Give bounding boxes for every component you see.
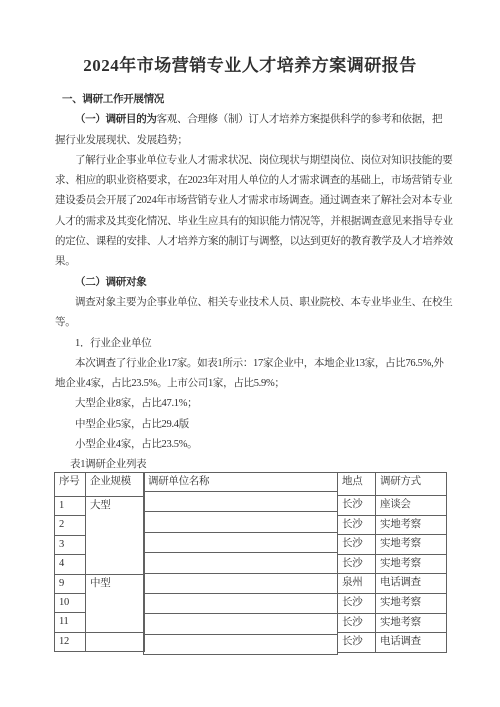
para-purpose-line-1: （一）调研目的为客观、合理修（制）订人才培养方案提供科学的参考和依据，把 [55, 110, 447, 130]
seq-cell: 2 [55, 516, 86, 535]
seq-cell: 11 [55, 613, 86, 632]
table-row: 9 中型 [55, 574, 145, 593]
table-row [144, 532, 338, 552]
header-place: 地点 [338, 473, 376, 496]
place-cell: 长沙 [338, 535, 376, 555]
place-cell: 长沙 [338, 633, 376, 653]
list-item-1: 1．行业企业单位 [55, 334, 447, 354]
table-row: 长沙 实地考察 [338, 535, 447, 555]
scale-cell-empty [86, 632, 145, 651]
para-demand-line-3: 建设委员会开展了2024年市场营销专业人才需求市场调查。通过调查来了解社会对本专… [55, 191, 447, 211]
table-row [144, 634, 338, 654]
table-row: 长沙 实地考察 [338, 515, 447, 535]
table-row [144, 492, 338, 512]
purpose-bold-label: （一）调研目的为 [75, 114, 157, 125]
table-row: 长沙 实地考察 [338, 593, 447, 613]
table-row: 长沙 座谈会 [338, 496, 447, 516]
place-cell: 长沙 [338, 593, 376, 613]
para-demand-line-6: 果。 [55, 252, 447, 272]
name-cell [144, 512, 338, 532]
section-heading-1: 一、调研工作开展情况 [55, 90, 447, 110]
name-cell [144, 634, 338, 654]
section-heading-2: （二）调研对象 [55, 273, 447, 293]
header-method: 调研方式 [376, 473, 447, 496]
survey-table-right-columns: 地点 调研方式 长沙 座谈会 长沙 实地考察 长沙 实地考察 长沙 实地考察 泉… [337, 472, 447, 653]
seq-cell: 3 [55, 535, 86, 554]
para-demand-line-5: 的定位、课程的安排、人才培养方案的制订与调整，以达到更好的教育教学及人才培养效 [55, 232, 447, 252]
para-purpose-line-2: 握行业发展现状、发展趋势； [55, 131, 447, 151]
name-cell [144, 532, 338, 552]
survey-table: 序号 企业规模 1 大型 2 3 4 9 中型 10 11 12 调研单位名称 [54, 472, 447, 656]
seq-cell: 12 [55, 632, 86, 651]
name-cell [144, 492, 338, 512]
para-demand-line-2: 求、相应的职业资格要求，在2023年对用人单位的人才需求调查的基础上，市场营销专… [55, 171, 447, 191]
table-row [144, 553, 338, 573]
stat-line-medium: 中型企业5家，占比29.4版 [55, 415, 447, 435]
para-subjects-line-2: 等。 [55, 313, 447, 333]
table-row [144, 573, 338, 593]
method-cell: 座谈会 [376, 496, 447, 516]
scale-cell-medium: 中型 [86, 574, 145, 632]
para-survey-line-1: 本次调查了行业企业17家。如表1所示：17家企业中，本地企业13家，占比76.5… [55, 354, 447, 374]
para-survey-line-2: 地企业4家，占比23.5%。上市公司1家，占比5.9%； [55, 374, 447, 394]
table-row [144, 512, 338, 532]
method-cell: 实地考察 [376, 515, 447, 535]
document-title: 2024年市场营销专业人才培养方案调研报告 [0, 51, 500, 76]
header-scale: 企业规模 [86, 473, 145, 497]
name-cell [144, 614, 338, 634]
scale-cell-large: 大型 [86, 497, 145, 575]
stat-line-large: 大型企业8家，占比47.1%； [55, 394, 447, 414]
name-cell [144, 553, 338, 573]
para-demand-line-1: 了解行业企事业单位专业人才需求状况、岗位现状与期望岗位、岗位对知识技能的要 [55, 151, 447, 171]
place-cell: 泉州 [338, 574, 376, 594]
method-cell: 实地考察 [376, 535, 447, 555]
method-cell: 实地考察 [376, 613, 447, 633]
table-row: 泉州 电话调查 [338, 574, 447, 594]
survey-table-name-column: 调研单位名称 [143, 472, 338, 655]
para-subjects-line-1: 调查对象主要为企事业单位、相关专业技术人员、职业院校、本专业毕业生、在校生 [55, 293, 447, 313]
method-cell: 电话调查 [376, 633, 447, 653]
document-page: 2024年市场营销专业人才培养方案调研报告 一、调研工作开展情况 （一）调研目的… [0, 0, 500, 707]
survey-table-left-columns: 序号 企业规模 1 大型 2 3 4 9 中型 10 11 12 [54, 472, 145, 652]
seq-cell: 1 [55, 497, 86, 516]
table-row: 长沙 电话调查 [338, 633, 447, 653]
table-row: 12 [55, 632, 145, 651]
method-cell: 实地考察 [376, 593, 447, 613]
table-row: 1 大型 [55, 497, 145, 516]
seq-cell: 4 [55, 555, 86, 574]
name-cell [144, 593, 338, 613]
para-demand-line-4: 人才的需求及其变化情况、毕业生应具有的知识能力情况等，并根据调查意见来指导专业 [55, 212, 447, 232]
place-cell: 长沙 [338, 613, 376, 633]
purpose-line-1-text: 客观、合理修（制）订人才培养方案提供科学的参考和依据，把 [157, 114, 443, 125]
method-cell: 电话调查 [376, 574, 447, 594]
method-cell: 实地考察 [376, 554, 447, 574]
table-row [144, 593, 338, 613]
name-cell [144, 573, 338, 593]
table-row: 长沙 实地考察 [338, 554, 447, 574]
seq-cell: 10 [55, 593, 86, 612]
table-row [144, 614, 338, 634]
seq-cell: 9 [55, 574, 86, 593]
header-seq: 序号 [55, 473, 86, 497]
header-name: 调研单位名称 [144, 473, 338, 492]
place-cell: 长沙 [338, 515, 376, 535]
place-cell: 长沙 [338, 496, 376, 516]
table-row: 长沙 实地考察 [338, 613, 447, 633]
document-body: 一、调研工作开展情况 （一）调研目的为客观、合理修（制）订人才培养方案提供科学的… [55, 90, 447, 476]
stat-line-small: 小型企业4家，占比23.5%。 [55, 435, 447, 455]
place-cell: 长沙 [338, 554, 376, 574]
